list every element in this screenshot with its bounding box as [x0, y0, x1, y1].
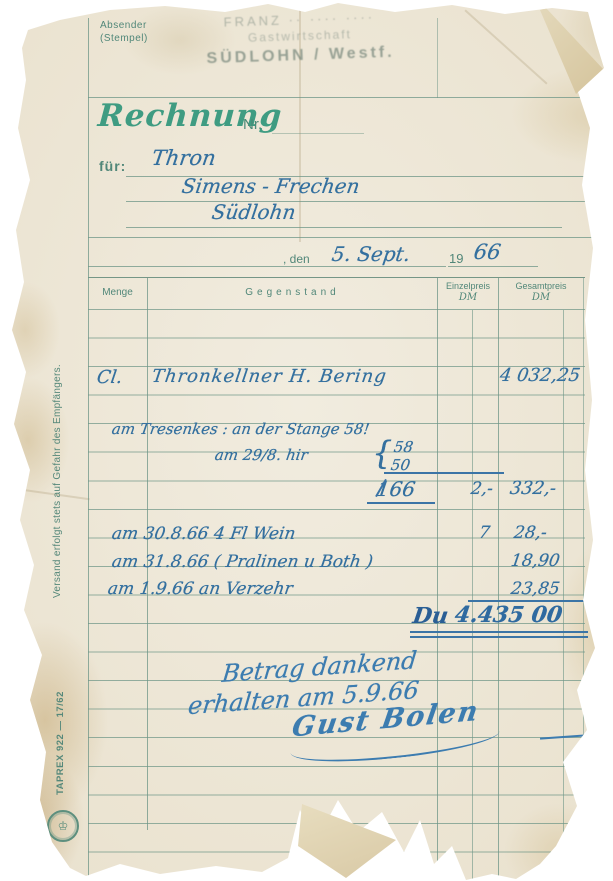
- table-row-item: am Tresenkes : an der Stange 58!: [111, 420, 371, 438]
- table-row-item: Thronkellner H. Bering: [151, 366, 389, 387]
- column-header-menge: Menge: [88, 287, 147, 298]
- grand-total-label: Du: [411, 603, 450, 629]
- column-header-gegenstand: Gegenstand: [148, 287, 437, 298]
- ink-sum-line: [468, 600, 586, 602]
- table-border-right: [583, 278, 584, 881]
- table-row-amount: 18,90: [510, 551, 561, 571]
- form-line: [126, 227, 562, 228]
- paper-sheet: Absender (Stempel) FRANZ ·· ···· ···· Ga…: [0, 0, 613, 881]
- table-row-item: am 29/8. hir: [214, 446, 309, 464]
- currency-label: DM: [499, 292, 583, 303]
- table-row-amount: 28,-: [513, 523, 549, 543]
- absender-label: Absender: [100, 20, 147, 31]
- einzelpreis-label: Einzelpreis: [446, 281, 490, 291]
- currency-label: DM: [438, 292, 498, 303]
- table-row-amount: 332,-: [509, 478, 558, 499]
- column-divider-gesamtpreis: [498, 278, 499, 881]
- ink-sum-line: [367, 502, 435, 504]
- ink-total-underline: [410, 636, 588, 638]
- table-row-item: am 31.8.66 ( Pralinen u Both ): [111, 552, 375, 572]
- table-row-item: am 30.8.66 4 Fl Wein: [111, 524, 297, 544]
- table-top-line: [88, 277, 585, 278]
- column-header-gesamtpreis: Gesamtpreis DM: [499, 281, 583, 303]
- stempel-label: (Stempel): [100, 33, 148, 44]
- taprex-logo-icon: ♔: [47, 810, 79, 842]
- form-line: [126, 201, 604, 202]
- grand-total-amount: 4.435 00: [453, 602, 564, 628]
- scanned-invoice: Absender (Stempel) FRANZ ·· ···· ···· Ga…: [0, 0, 613, 881]
- stacked-number-top: 58: [393, 438, 415, 456]
- invoice-number-label: Nr.: [243, 116, 262, 133]
- gesamtpreis-label: Gesamtpreis: [515, 281, 566, 291]
- form-line: [88, 237, 592, 238]
- brace-mark: {: [372, 434, 392, 472]
- fuer-label: für:: [99, 158, 126, 174]
- form-line: [88, 266, 446, 267]
- crease-line: [464, 9, 547, 84]
- crease-line: [0, 486, 89, 501]
- column-divider-einzelpreis: [437, 278, 438, 881]
- recipient-name: Thron: [150, 146, 217, 170]
- column-subdivider: [563, 310, 564, 881]
- table-row-amount: 23,85: [510, 579, 561, 599]
- table-row-item: am 1.9.66 an Verzehr: [107, 579, 294, 599]
- column-subdivider: [472, 310, 473, 881]
- recipient-line3: Südlohn: [210, 200, 297, 224]
- recipient-line2: Simens - Frechen: [180, 174, 361, 198]
- invoice-number-line: [272, 133, 364, 134]
- table-border-left: [88, 18, 89, 881]
- date-den-label: , den: [283, 252, 310, 266]
- sender-stamp: FRANZ ·· ···· ···· Gastwirtschaft SÜDLOH…: [144, 7, 456, 71]
- ink-sum-line: [384, 472, 504, 474]
- date-year: 66: [472, 240, 502, 264]
- folded-corner: [540, 8, 606, 94]
- date-century-printed: 19: [449, 251, 463, 266]
- date-day-month: 5. Sept.: [330, 242, 412, 266]
- table-row-amount: 4 032,25: [499, 365, 582, 386]
- column-header-einzelpreis: Einzelpreis DM: [438, 281, 498, 303]
- printer-mark: TAPREX 922 — 17/62: [55, 675, 66, 795]
- table-row-unitprice: 2,-: [470, 479, 495, 499]
- ink-total-underline: [410, 631, 588, 633]
- table-row-menge: Cl.: [96, 367, 124, 388]
- form-line: [448, 266, 538, 267]
- shipping-disclaimer: Versand erfolgt stets auf Gefahr des Emp…: [52, 286, 63, 598]
